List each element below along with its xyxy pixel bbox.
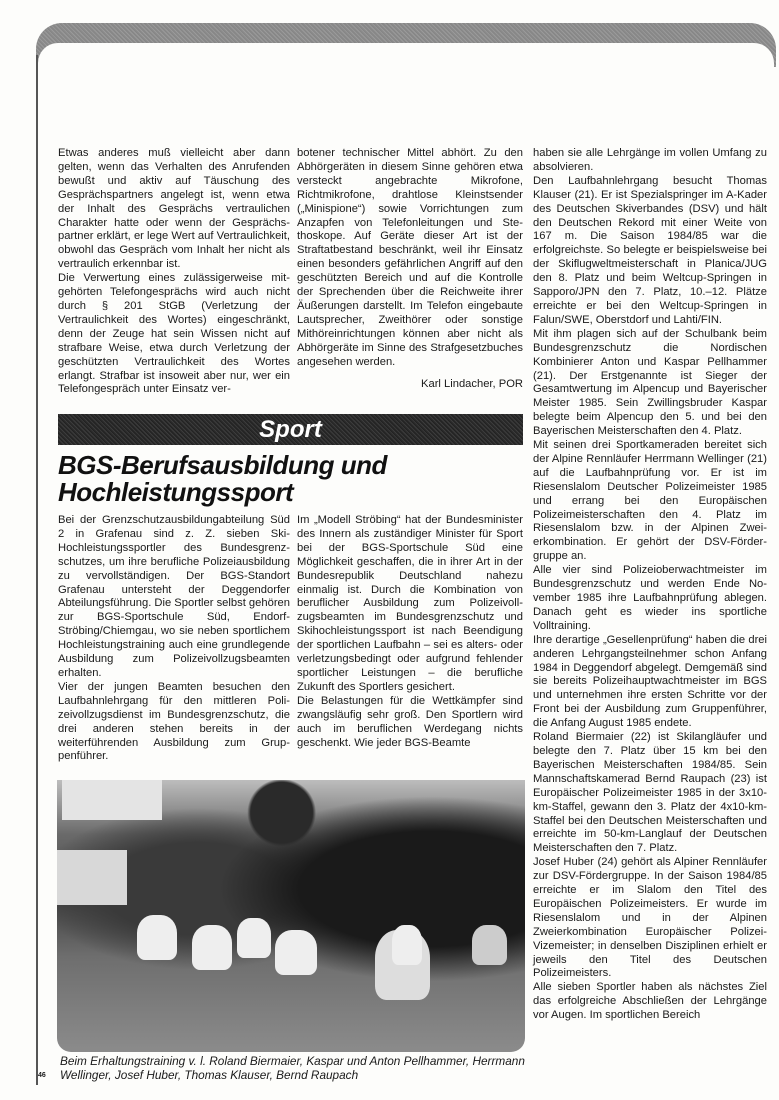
photo-athlete — [137, 915, 177, 960]
paragraph: Mit ihm plagen sich auf der Schulbank be… — [533, 328, 767, 439]
paragraph: Etwas anderes muß vielleicht aber dann g… — [58, 147, 290, 272]
paragraph: Vier der jungen Beamten besuchen den Lau… — [58, 681, 290, 764]
photo-athlete — [275, 930, 317, 975]
paragraph: Alle vier sind Polizeioberwachtmeister i… — [533, 564, 767, 634]
author-signature: Karl Lindacher, POR — [297, 378, 523, 390]
article-headline: BGS-Berufsausbildung und Hochleistungssp… — [58, 452, 523, 506]
section-banner: Sport — [58, 414, 523, 445]
paragraph: Die Belastungen für die Wettkämpfer sind… — [297, 695, 523, 751]
photo-house — [62, 780, 162, 820]
paragraph: Josef Huber (24) gehört als Alpiner Renn… — [533, 856, 767, 981]
header-inner-curve — [38, 43, 774, 83]
photo-athlete — [392, 925, 422, 965]
paragraph: Mit seinen drei Sportkameraden bereitet … — [533, 439, 767, 564]
page-number: 46 — [38, 1072, 46, 1079]
paragraph: Bei der Grenzschutzausbildungabteilung S… — [58, 514, 290, 681]
paragraph: haben sie alle Lehrgänge im vollen Um­fa… — [533, 147, 767, 175]
paragraph: Im „Modell Ströbing“ hat der Bundesmini­… — [297, 514, 523, 695]
paragraph: Roland Biermaier (22) ist Skilangläufer … — [533, 731, 767, 856]
article-column-3: haben sie alle Lehrgänge im vollen Um­fa… — [533, 147, 767, 1023]
paragraph: Den Laufbahnlehrgang besucht Thomas Klau… — [533, 175, 767, 328]
section-label: Sport — [259, 416, 322, 444]
photo-athlete — [472, 925, 507, 965]
athletes-photo — [57, 780, 525, 1052]
photo-caption: Beim Erhaltungstraining v. l. Roland Bie… — [60, 1054, 530, 1082]
paragraph: Ihre derartige „Gesellenprüfung“ haben d… — [533, 634, 767, 731]
previous-article-column-2: botener technischer Mittel abhört. Zu de… — [297, 147, 523, 370]
photo-athlete — [192, 925, 232, 970]
article-column-1: Bei der Grenzschutzausbildungabteilung S… — [58, 514, 290, 764]
page-frame-rule — [36, 55, 38, 1085]
paragraph: botener technischer Mittel abhört. Zu de… — [297, 147, 523, 370]
previous-article-column-1: Etwas anderes muß vielleicht aber dann g… — [58, 147, 290, 397]
photo-wall — [57, 850, 127, 905]
article-column-2: Im „Modell Ströbing“ hat der Bundesmini­… — [297, 514, 523, 750]
photo-athlete — [237, 918, 271, 958]
paragraph: Alle sieben Sportler haben als nächstes … — [533, 981, 767, 1023]
paragraph: Die Verwertung eines zulässigerweise mit… — [58, 272, 290, 397]
